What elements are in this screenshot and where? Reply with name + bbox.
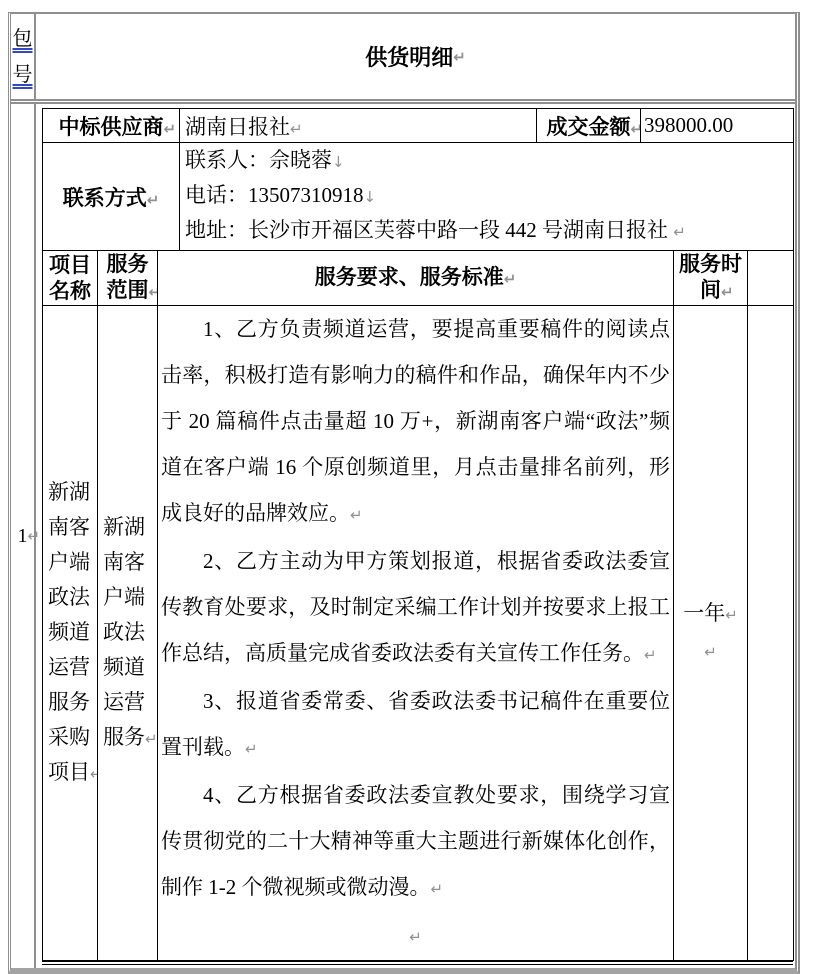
paragraph-mark-icon: ↵ bbox=[704, 643, 717, 661]
contact-table: 联系方式↵ 联系人：佘晓蓉↓ 电话：13507310918↓ 地址：长沙市开福区… bbox=[42, 142, 794, 251]
package-no-cell: 1↵ bbox=[11, 104, 36, 968]
line-break-mark-icon: ↓ bbox=[332, 153, 345, 171]
service-table-header-row: 项目名称 服务范围↵ 服务要求、服务标准↵ 服务时间↵ bbox=[43, 251, 794, 306]
contact-info-cell: 联系人：佘晓蓉↓ 电话：13507310918↓ 地址：长沙市开福区芙蓉中路一段… bbox=[180, 143, 794, 251]
supplier-table: 中标供应商↵ 湖南日报社↵ 成交金额↵ 398000.00 bbox=[42, 108, 794, 143]
contact-label: 联系方式 bbox=[63, 186, 147, 210]
requirement-paragraph: 1、乙方负责频道运营，要提高重要稿件的阅读点击率，积极打造有影响力的稿件和作品，… bbox=[161, 306, 670, 538]
package-no-header-cell: 包号 bbox=[11, 14, 36, 99]
service-table: 项目名称 服务范围↵ 服务要求、服务标准↵ 服务时间↵ bbox=[42, 250, 794, 961]
package-no-header: 包号 bbox=[12, 21, 33, 93]
requirements-cell: 1、乙方负责频道运营，要提高重要稿件的阅读点击率，积极打造有影响力的稿件和作品，… bbox=[158, 306, 674, 961]
contact-person-line: 联系人：佘晓蓉↓ bbox=[185, 144, 793, 179]
col-header-project-name: 项目名称 bbox=[43, 251, 98, 306]
supplier-row: 中标供应商↵ 湖南日报社↵ 成交金额↵ 398000.00 bbox=[43, 109, 794, 143]
paragraph-mark-icon: ↵ bbox=[644, 646, 657, 664]
col-header-blank bbox=[748, 251, 794, 306]
col-header-scope: 服务范围↵ bbox=[98, 251, 158, 306]
supplier-name-cell: 湖南日报社↵ bbox=[180, 109, 537, 143]
supply-detail-table: 包号 供货明细↵ 1↵ 中标供应商↵ bbox=[8, 12, 800, 974]
paragraph-mark-icon: ↵ bbox=[453, 48, 466, 66]
contact-phone-line: 电话：13507310918↓ bbox=[185, 179, 793, 214]
supplier-label-cell: 中标供应商↵ bbox=[43, 109, 180, 143]
amount-label-cell: 成交金额↵ bbox=[537, 109, 641, 143]
paragraph-mark-icon: ↵ bbox=[290, 120, 303, 138]
project-name-cell: 新湖南客户端政法频道运营服务采购项目↵ bbox=[43, 306, 98, 961]
paragraph-mark-icon: ↵ bbox=[504, 270, 517, 288]
amount-value: 398000.00 bbox=[644, 113, 733, 137]
amount-label: 成交金额 bbox=[547, 115, 631, 139]
amount-value-cell: 398000.00 bbox=[641, 109, 794, 143]
paragraph-mark-icon: ↵ bbox=[147, 191, 160, 209]
item-row-number: 1 bbox=[18, 525, 28, 548]
requirement-paragraph: ↵ bbox=[161, 912, 670, 960]
paragraph-mark-icon: ↵ bbox=[725, 606, 738, 624]
col-header-requirements: 服务要求、服务标准↵ bbox=[158, 251, 674, 306]
title-row: 包号 供货明细↵ bbox=[11, 14, 795, 104]
paragraph-mark-icon: ↵ bbox=[409, 928, 422, 946]
paragraph-mark-icon: ↵ bbox=[673, 223, 686, 241]
blank-cell bbox=[748, 306, 794, 961]
body-row: 1↵ 中标供应商↵ 湖南日报社↵ bbox=[11, 104, 795, 968]
document-page: 包号 供货明细↵ 1↵ 中标供应商↵ bbox=[0, 0, 822, 974]
supplier-label: 中标供应商 bbox=[59, 115, 164, 139]
requirement-paragraph: 2、乙方主动为甲方策划报道，根据省委政法委宣传教育处要求，及时制定采编工作计划并… bbox=[161, 538, 670, 678]
inner-table: 中标供应商↵ 湖南日报社↵ 成交金额↵ 398000.00 bbox=[42, 108, 793, 965]
contact-row: 联系方式↵ 联系人：佘晓蓉↓ 电话：13507310918↓ 地址：长沙市开福区… bbox=[43, 143, 794, 251]
contact-address-line: 地址：长沙市开福区芙蓉中路一段 442 号湖南日报社 ↵ bbox=[185, 214, 793, 249]
document-title-cell: 供货明细↵ bbox=[36, 14, 795, 99]
requirement-paragraph: 3、报道省委常委、省委政法委书记稿件在重要位置刊载。↵ bbox=[161, 678, 670, 772]
contact-label-cell: 联系方式↵ bbox=[43, 143, 180, 251]
supplier-name: 湖南日报社 bbox=[185, 115, 290, 139]
service-item-row: 新湖南客户端政法频道运营服务采购项目↵ 新湖南客户端政法频道运营服务↵ 1、乙方… bbox=[43, 306, 794, 961]
detail-content: 中标供应商↵ 湖南日报社↵ 成交金额↵ 398000.00 bbox=[36, 104, 797, 968]
service-time-cell: 一年↵ ↵ bbox=[674, 306, 748, 961]
scope-cell: 新湖南客户端政法频道运营服务↵ bbox=[98, 306, 158, 961]
document-title: 供货明细 bbox=[365, 41, 453, 72]
paragraph-mark-icon: ↵ bbox=[431, 880, 444, 898]
line-break-mark-icon: ↓ bbox=[364, 188, 377, 206]
requirement-paragraph: 4、乙方根据省委政法委宣教处要求，围绕学习宣传贯彻党的二十大精神等重大主题进行新… bbox=[161, 772, 670, 912]
paragraph-mark-icon: ↵ bbox=[350, 506, 363, 524]
paragraph-mark-icon: ↵ bbox=[245, 740, 258, 758]
col-header-time: 服务时间↵ bbox=[674, 251, 748, 306]
